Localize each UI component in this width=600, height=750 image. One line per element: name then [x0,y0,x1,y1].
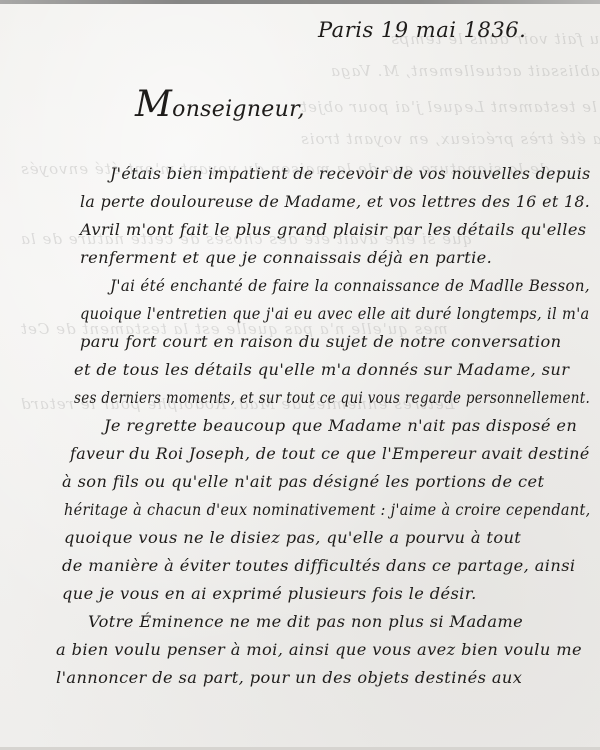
body-line: quoique vous ne le disiez pas, qu'elle a… [64,528,521,547]
body-line: à son fils ou qu'elle n'ait pas désigné … [62,472,544,491]
letter-page: Pour de Borne. Elle a voulu fait voir da… [0,0,600,750]
salutation-initial: M [135,84,172,125]
body-line: Avril m'ont fait le plus grand plaisir p… [80,220,587,239]
body-line: quoique l'entretien que j'ai eu avec ell… [80,304,590,323]
body-line: ses derniers moments, et sur tout ce qui… [74,388,590,407]
body-line: paru fort court en raison du sujet de no… [80,332,561,351]
body-line: l'annoncer de sa part, pour un des objet… [56,668,522,687]
bleed-line: par M. Rodolphe qui le établissait actue… [330,62,600,80]
body-line: faveur du Roi Joseph, de tout ce que l'E… [70,444,590,463]
bleed-line: petit souvenir. Ce qui a été très précie… [300,130,600,148]
body-line: et de tous les détails qu'elle m'a donné… [74,360,569,379]
body-line: que je vous en ai exprimé plusieurs fois… [62,584,477,603]
salutation-rest: onseigneur, [172,97,305,122]
body-line: J'ai été enchanté de faire la connaissan… [110,276,590,295]
letter-dateline: Paris 19 mai 1836. [318,18,526,42]
body-line: J'étais bien impatient de recevoir de vo… [110,164,591,183]
body-line: la perte douloureuse de Madame, et vos l… [80,192,590,211]
bleed-line: pour elle l'emploi dans le testament Leq… [300,98,600,116]
body-line: de manière à éviter toutes difficultés d… [62,556,575,575]
body-line: a bien voulu penser à moi, ainsi que vou… [56,640,582,659]
page-top-edge-shadow [0,0,600,4]
body-line: renferment et que je connaissais déjà en… [80,248,492,267]
body-line: Votre Éminence ne me dit pas non plus si… [88,612,523,631]
body-line: héritage à chacun d'eux nominativement :… [64,500,591,519]
letter-salutation: Monseigneur, [135,84,305,125]
body-line: Je regrette beaucoup que Madame n'ait pa… [104,416,577,435]
